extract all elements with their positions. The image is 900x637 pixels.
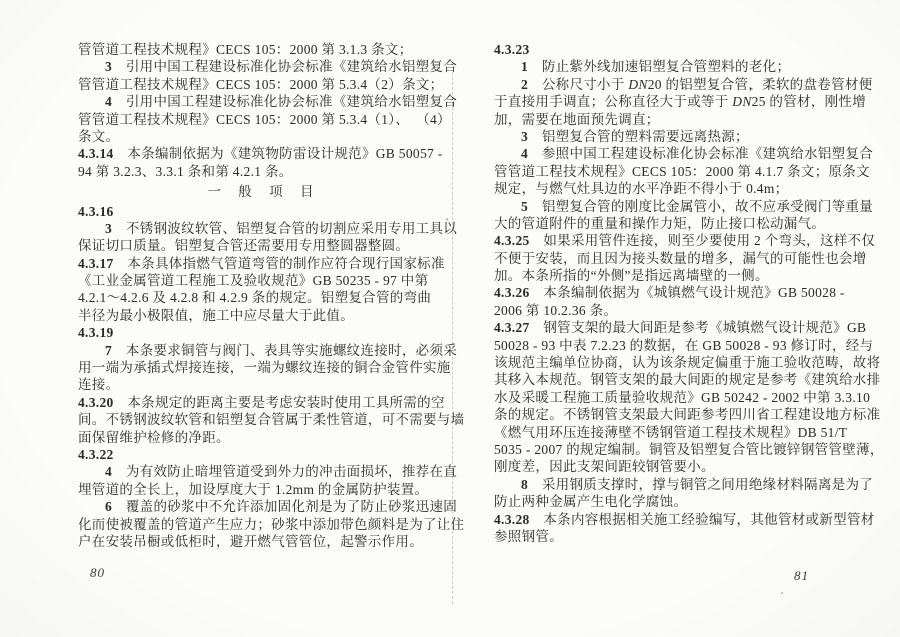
text-line: 于直接用手调直；公称直径大于或等于 DN25 的管材，刚性增 (494, 93, 872, 110)
text-line: 4.3.22 (78, 446, 450, 463)
page-text: 管管道工程技术规程》CECS 105：2000 第 3.1.3 条文；3 引用中… (78, 41, 450, 550)
text-line: 94 第 3.2.3、3.3.1 条和第 4.2.1 条。 (78, 163, 450, 180)
text-line: 7 本条要求铜管与阀门、表具等实施螺纹连接时，必须采 (78, 342, 450, 359)
text-line: 4.3.27 钢管支架的最大间距是参考《城镇燃气设计规范》GB (494, 319, 872, 336)
text-line: 1 防止紫外线加速铝塑复合管塑料的老化； (494, 58, 872, 75)
text-line: 水及采暖工程施工质量验收规范》GB 50242 - 2002 中第 3.3.10 (494, 389, 872, 406)
text-line: 不便于安装，而且因为接头数量的增多，漏气的可能性也会增 (494, 250, 872, 267)
text-line: 保证切口质量。铝塑复合管还需要用专用整圆器整圆。 (78, 237, 450, 254)
text-line: 连接。 (78, 376, 450, 393)
text-line: 管管道工程技术规程》CECS 105：2000 第 5.3.4（1）、 （4） (78, 111, 450, 128)
text-line: 《燃气用环压连接薄壁不锈钢管道工程技术规程》DB 51/T (494, 424, 872, 441)
text-line: 面保留维护检修的净距。 (78, 429, 450, 446)
text-line: 4.3.20 本条规定的距离主要是考虑安装时使用工具所需的空 (78, 394, 450, 411)
section-heading: 一 般 项 目 (78, 183, 450, 200)
text-line: 管管道工程技术规程》CECS 105：2000 第 4.1.7 条文；原条文 (494, 163, 872, 180)
page-right: 4.3.231 防止紫外线加速铝塑复合管塑料的老化；2 公称尺寸小于 DN20 … (494, 41, 872, 545)
text-line: 6 覆盖的砂浆中不允许添加固化剂是为了防止砂浆迅速固 (78, 498, 450, 515)
text-line: 其移入本规范。钢管支架的最大间距的规定是参考《建筑给水排 (494, 371, 872, 388)
text-line: 加。本条所指的“外侧”是指远离墙壁的一侧。 (494, 267, 872, 284)
text-line: 规定，与燃气灶具边的水平净距不得小于 0.4m； (494, 180, 872, 197)
page-text: 4.3.231 防止紫外线加速铝塑复合管塑料的老化；2 公称尺寸小于 DN20 … (494, 41, 872, 545)
text-line: 5 铝塑复合管的刚度比金属管小，故不应承受阀门等重量 (494, 198, 872, 215)
text-line: 8 采用钢质支撑时，撑与铜管之间用绝缘材料隔离是为了 (494, 476, 872, 493)
text-line: 用一端为承插式焊接连接，一端为螺纹连接的铜合金管件实施 (78, 359, 450, 376)
page-number: 80 (90, 565, 105, 581)
text-line: 4 为有效防止暗埋管道受到外力的冲击面损坏，推荐在直 (78, 463, 450, 480)
text-line: 4.3.16 (78, 203, 450, 220)
text-line: 3 不锈钢波纹软管、铝塑复合管的切割应采用专用工具以 (78, 220, 450, 237)
text-line: 间。不锈钢波纹软管和铝塑复合管属于柔性管道，可不需要与墙 (78, 411, 450, 428)
text-line: 参照钢管。 (494, 528, 872, 545)
text-line: 刚度差，因此支架间距较钢管要小。 (494, 458, 872, 475)
text-line: 4.2.1～4.2.6 及 4.2.8 和 4.2.9 条的规定。铝塑复合管的弯… (78, 289, 450, 306)
text-line: 埋管道的全长上，加设厚度大于 1.2mm 的金属防护装置。 (78, 481, 450, 498)
text-line: 4 参照中国工程建设标准化协会标准《建筑给水铝塑复合 (494, 145, 872, 162)
text-line: 4.3.19 (78, 324, 450, 341)
text-line: 户在安装吊橱或低柜时，避开燃气管管位，起警示作用。 (78, 533, 450, 550)
text-line: 大的管道附件的重量和操作力矩，防止接口松动漏气。 (494, 215, 872, 232)
text-line: 2006 第 10.2.36 条。 (494, 302, 872, 319)
text-line: 4.3.23 (494, 41, 872, 58)
text-line: 管管道工程技术规程》CECS 105：2000 第 3.1.3 条文； (78, 41, 450, 58)
text-line: 该规范主编单位协商，认为该条规定偏重于施工验收范畴，故将 (494, 354, 872, 371)
page-left: 管管道工程技术规程》CECS 105：2000 第 3.1.3 条文；3 引用中… (78, 41, 450, 550)
text-line: 3 引用中国工程建设标准化协会标准《建筑给水铝塑复合 (78, 58, 450, 75)
text-line: 加，需要在地面预先调直； (494, 111, 872, 128)
text-line: 3 铝塑复合管的塑料需要远离热源； (494, 128, 872, 145)
text-line: 4.3.26 本条编制依据为《城镇燃气设计规范》GB 50028 - (494, 284, 872, 301)
page-number: 81 (794, 568, 809, 584)
text-line: 50028 - 93 中表 7.2.23 的数据，在 GB 50028 - 93… (494, 337, 872, 354)
text-line: 4.3.25 如果采用管件连接，则至少要使用 2 个弯头，这样不仅 (494, 232, 872, 249)
text-line: 4 引用中国工程建设标准化协会标准《建筑给水铝塑复合 (78, 93, 450, 110)
scanned-book-spread: 管管道工程技术规程》CECS 105：2000 第 3.1.3 条文；3 引用中… (0, 0, 900, 637)
scan-speck (781, 592, 783, 594)
text-line: 2 公称尺寸小于 DN20 的铝塑复合管，柔软的盘卷管材便 (494, 76, 872, 93)
text-line: 防止两种金属产生电化学腐蚀。 (494, 493, 872, 510)
text-line: 4.3.14 本条编制依据为《建筑物防雷设计规范》GB 50057 - (78, 145, 450, 162)
text-line: 4.3.28 本条内容根据相关施工经验编写，其他管材或新型管材 (494, 511, 872, 528)
text-line: 化而使被覆盖的管道产生应力；砂浆中添加带色颜料是为了让住 (78, 516, 450, 533)
text-line: 条文。 (78, 128, 450, 145)
text-line: 5035 - 2007 的规定编制。铜管及铝塑复合管比镀锌钢管管壁薄， (494, 441, 872, 458)
text-line: 4.3.17 本条具体指燃气管道弯管的制作应符合现行国家标准 (78, 255, 450, 272)
text-line: 条的规定。不锈钢管支架最大间距参考四川省工程建设地方标准 (494, 406, 872, 423)
text-line: 《工业金属管道工程施工及验收规范》GB 50235 - 97 中第 (78, 272, 450, 289)
text-line: 半径为最小极限值，施工中应尽量大于此值。 (78, 307, 450, 324)
text-line: 管管道工程技术规程》CECS 105：2000 第 5.3.4（2）条文； (78, 76, 450, 93)
